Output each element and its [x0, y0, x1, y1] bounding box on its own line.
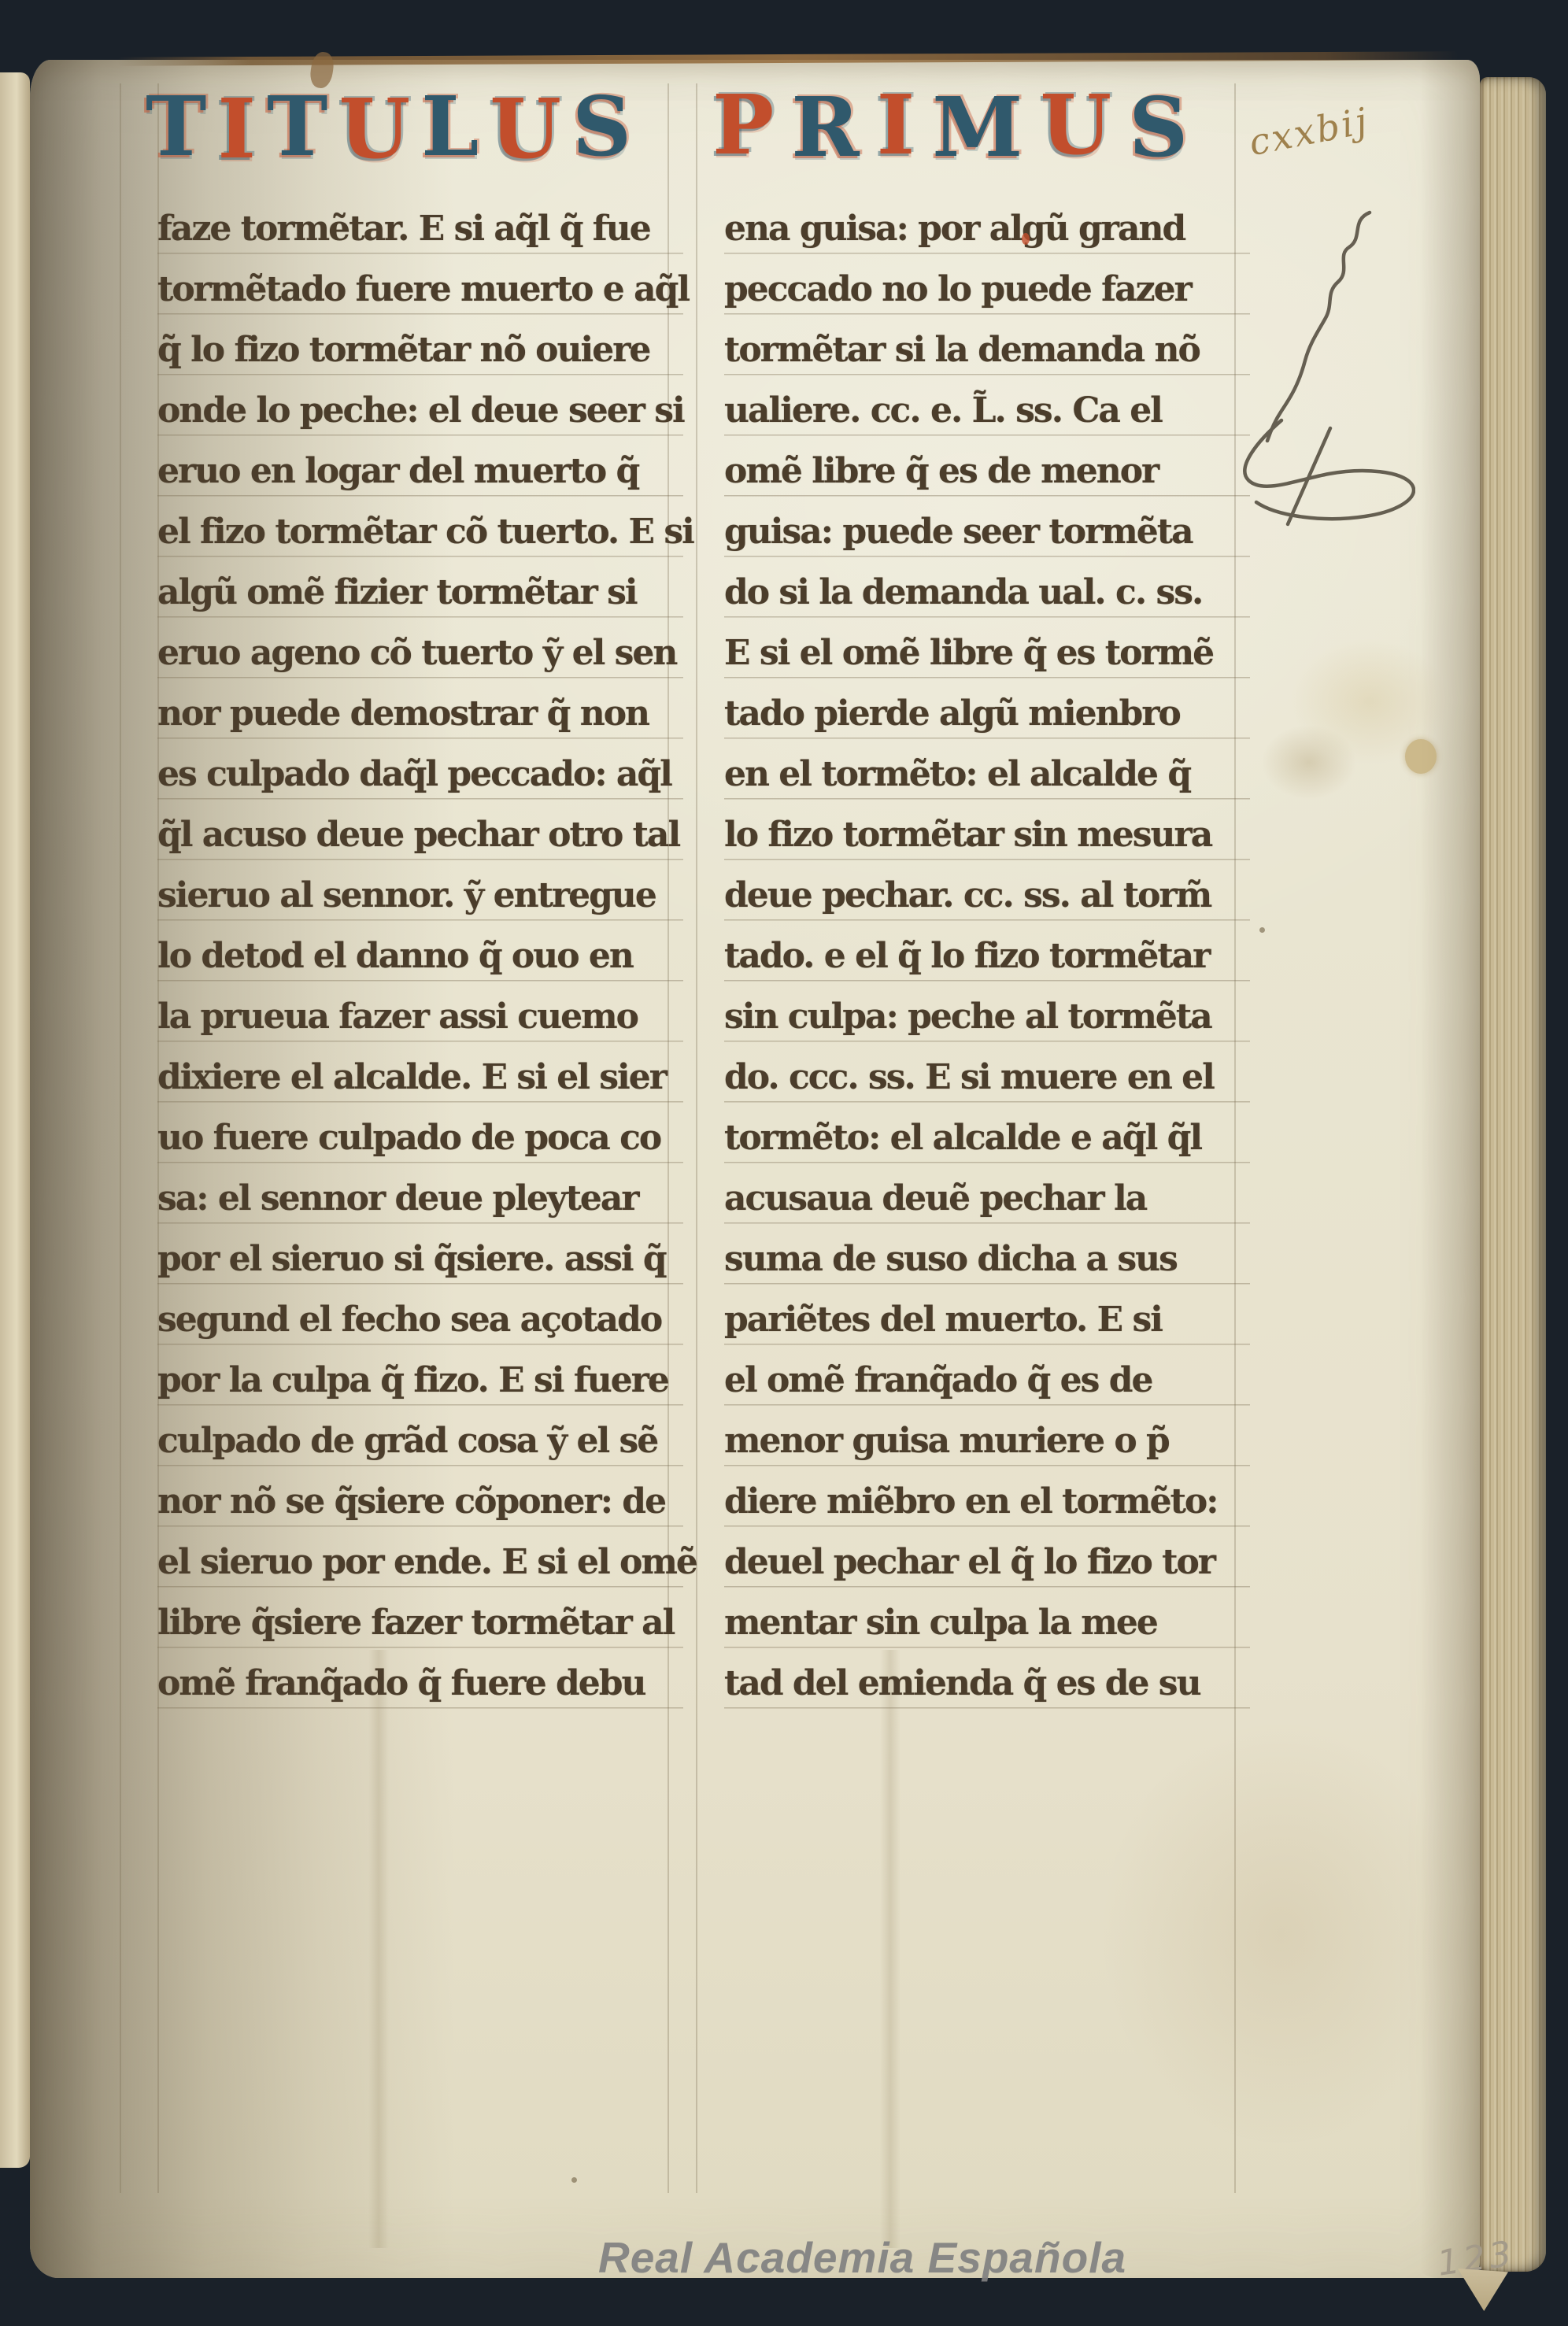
manuscript-text-line: menor guisa muriere o p̃ — [724, 1411, 1250, 1471]
decorated-initial-letter: L — [421, 68, 490, 186]
manuscript-text-line: pariẽtes del muerto. E si — [724, 1289, 1250, 1350]
manuscript-text-line: nor nõ se q̃siere cõponer: de — [157, 1471, 683, 1532]
running-title-titulus: TITULUS — [146, 68, 642, 186]
manuscript-text-line: por el sieruo si q̃siere. assi q̃ — [157, 1229, 683, 1289]
manuscript-text-line: peccado no lo puede fazer — [724, 259, 1250, 320]
manuscript-text-line: libre q̃siere fazer tormẽtar al — [157, 1592, 683, 1653]
decorated-initial-letter: U — [1040, 66, 1129, 184]
facing-page-edge — [0, 72, 30, 2168]
text-column-right: ena guisa: por algũ grandpeccado no lo p… — [724, 198, 1250, 1714]
manuscript-text-line: deue pechar. cc. ss. al torm̃ — [724, 865, 1250, 926]
manuscript-text-line: segund el fecho sea açotado — [157, 1289, 683, 1350]
manuscript-text-line: q̃l acuso deue pechar otro tal — [157, 804, 683, 865]
margin-flourish-mark — [1234, 198, 1415, 545]
manuscript-page: TITULUS PRIMUS cxxbij faze tormẽtar. E s… — [30, 60, 1480, 2278]
manuscript-text-line: eruo ageno cõ tuerto ỹ el sen — [157, 623, 683, 683]
decorated-initial-letter: I — [217, 70, 267, 188]
manuscript-text-line: omẽ franq̃ado q̃ fuere debu — [157, 1653, 683, 1714]
parchment-stain — [1100, 1721, 1463, 2146]
decorated-initial-letter: I — [877, 66, 933, 184]
manuscript-text-line: tormẽto: el alcalde e aq̃l q̃l — [724, 1108, 1250, 1168]
manuscript-photograph: { "page": { "header": { "left_word": "TI… — [0, 0, 1568, 2326]
ruling-line-vertical — [120, 83, 121, 2193]
manuscript-text-line: nor puede demostrar q̃ non — [157, 683, 683, 744]
decorated-initial-letter: U — [490, 70, 572, 188]
manuscript-text-line: algũ omẽ fizier tormẽtar si — [157, 562, 683, 623]
manuscript-text-line: q̃ lo fizo tormẽtar nõ ouiere — [157, 320, 683, 380]
speck — [571, 2177, 577, 2183]
manuscript-text-line: guisa: puede seer tormẽta — [724, 501, 1250, 562]
decorated-initial-letter: S — [572, 68, 642, 186]
manuscript-text-line: do si la demanda ual. c. ss. — [724, 562, 1250, 623]
manuscript-text-line: el omẽ franq̃ado q̃ es de — [724, 1350, 1250, 1411]
decorated-initial-letter: T — [146, 68, 217, 186]
manuscript-text-line: culpado de grãd cosa ỹ el sẽ — [157, 1411, 683, 1471]
decorated-initial-letter: M — [932, 68, 1040, 187]
decorated-initial-letter: S — [1129, 68, 1205, 187]
manuscript-text-line: ena guisa: por algũ grand — [724, 198, 1250, 259]
manuscript-text-line: tad del emienda q̃ es de su — [724, 1653, 1250, 1714]
manuscript-text-line: el sieruo por ende. E si el omẽ — [157, 1532, 683, 1592]
page-stack-fore-edge — [1480, 77, 1546, 2272]
manuscript-text-line: acusaua deuẽ pechar la — [724, 1168, 1250, 1229]
manuscript-text-line: sieruo al sennor. ỹ entregue — [157, 865, 683, 926]
manuscript-text-line: sa: el sennor deue pleytear — [157, 1168, 683, 1229]
manuscript-text-line: lo fizo tormẽtar sin mesura — [724, 804, 1250, 865]
manuscript-text-line: E si el omẽ libre q̃ es tormẽ — [724, 623, 1250, 683]
manuscript-text-line: es culpado daq̃l peccado: aq̃l — [157, 744, 683, 804]
decorated-initial-letter: P — [712, 66, 791, 184]
manuscript-text-line: el fizo tormẽtar cõ tuerto. E si — [157, 501, 683, 562]
parchment-stain — [1262, 725, 1356, 800]
manuscript-text-line: tado pierde algũ mienbro — [724, 683, 1250, 744]
watermark: Real Academia Española — [598, 2232, 1126, 2283]
manuscript-text-line: deuel pechar el q̃ lo fizo tor — [724, 1532, 1250, 1592]
manuscript-text-line: tado. e el q̃ lo fizo tormẽtar — [724, 926, 1250, 986]
manuscript-text-line: do. ccc. ss. E si muere en el — [724, 1047, 1250, 1108]
manuscript-text-line: uo fuere culpado de poca co — [157, 1108, 683, 1168]
manuscript-text-line: suma de suso dicha a sus — [724, 1229, 1250, 1289]
decorated-initial-letter: U — [338, 70, 421, 188]
parchment-fold — [880, 1650, 900, 2248]
manuscript-text-line: por la culpa q̃ fizo. E si fuere — [157, 1350, 683, 1411]
parchment-stain — [1405, 739, 1437, 774]
manuscript-text-line: ualiere. cc. e. L̃. ss. Ca el — [724, 380, 1250, 441]
manuscript-text-line: faze tormẽtar. E si aq̃l q̃ fue — [157, 198, 683, 259]
manuscript-text-line: la prueua fazer assi cuemo — [157, 986, 683, 1047]
decorated-initial-letter: R — [791, 68, 876, 187]
text-column-left: faze tormẽtar. E si aq̃l q̃ fuetormẽtado… — [157, 198, 683, 1714]
parchment-stain — [1291, 638, 1448, 764]
manuscript-text-line: dixiere el alcalde. E si el sier — [157, 1047, 683, 1108]
parchment-fold — [368, 1650, 389, 2248]
manuscript-text-line: tormẽtar si la demanda nõ — [724, 320, 1250, 380]
manuscript-text-line: onde lo peche: el deue seer si — [157, 380, 683, 441]
speck — [1259, 927, 1265, 933]
manuscript-text-line: omẽ libre q̃ es de menor — [724, 441, 1250, 501]
manuscript-text-line: eruo en logar del muerto q̃ — [157, 441, 683, 501]
manuscript-text-line: tormẽtado fuere muerto e aq̃l — [157, 259, 683, 320]
folio-number-annotation: cxxbij — [1245, 99, 1373, 164]
manuscript-text-line: sin culpa: peche al tormẽta — [724, 986, 1250, 1047]
decorated-initial-letter: T — [267, 68, 338, 186]
manuscript-text-line: en el tormẽto: el alcalde q̃ — [724, 744, 1250, 804]
ruling-line-vertical — [696, 83, 697, 2193]
manuscript-text-line: mentar sin culpa la mee — [724, 1592, 1250, 1653]
dog-ear-corner — [1458, 2269, 1508, 2311]
manuscript-text-line: diere miẽbro en el tormẽto: — [724, 1471, 1250, 1532]
running-title-primus: PRIMUS — [712, 66, 1205, 184]
fore-edge-shading — [1409, 60, 1480, 2278]
manuscript-text-line: lo detod el danno q̃ ouo en — [157, 926, 683, 986]
